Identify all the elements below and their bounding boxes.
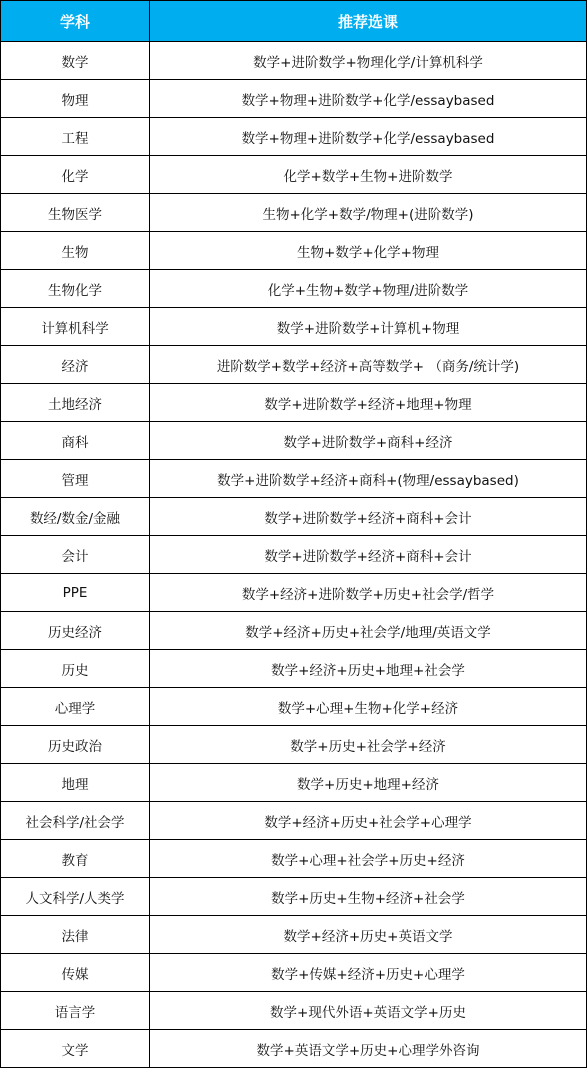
table-row: 会计数学+进阶数学+经济+商科+会计 [1,536,587,574]
table-row: 数学数学+进阶数学+物理化学/计算机科学 [1,42,587,80]
courses-cell: 数学+进阶数学+经济+商科+会计 [150,498,587,536]
table-row: 心理学数学+心理+生物+化学+经济 [1,688,587,726]
courses-cell: 数学+进阶数学+经济+地理+物理 [150,384,587,422]
courses-cell: 生物+化学+数学/物理+(进阶数学) [150,194,587,232]
courses-cell: 数学+心理+社会学+历史+经济 [150,840,587,878]
subject-cell: 生物医学 [1,194,150,232]
subject-cell: 历史政治 [1,726,150,764]
table-row: 商科数学+进阶数学+商科+经济 [1,422,587,460]
courses-cell: 数学+现代外语+英语文学+历史 [150,992,587,1030]
table-row: 人文科学/人类学数学+历史+生物+经济+社会学 [1,878,587,916]
subject-cell: 心理学 [1,688,150,726]
table-row: 管理数学+进阶数学+经济+商科+(物理/essaybased) [1,460,587,498]
table-row: 传媒数学+传媒+经济+历史+心理学 [1,954,587,992]
subject-cell: 商科 [1,422,150,460]
subject-cell: 生物 [1,232,150,270]
table-body: 数学数学+进阶数学+物理化学/计算机科学物理数学+物理+进阶数学+化学/essa… [1,42,587,1068]
table-row: 语言学数学+现代外语+英语文学+历史 [1,992,587,1030]
subject-cell: 文学 [1,1030,150,1068]
courses-cell: 数学+进阶数学+经济+商科+(物理/essaybased) [150,460,587,498]
table-row: 生物医学生物+化学+数学/物理+(进阶数学) [1,194,587,232]
table-row: 社会科学/社会学数学+经济+历史+社会学+心理学 [1,802,587,840]
table-row: 历史经济数学+经济+历史+社会学/地理/英语文学 [1,612,587,650]
table-row: 经济进阶数学+数学+经济+高等数学+ （商务/统计学) [1,346,587,384]
header-row: 学科 推荐选课 [1,1,587,42]
courses-cell: 数学+物理+进阶数学+化学/essaybased [150,80,587,118]
subject-cell: 化学 [1,156,150,194]
subject-cell: 土地经济 [1,384,150,422]
courses-cell: 进阶数学+数学+经济+高等数学+ （商务/统计学) [150,346,587,384]
courses-cell: 数学+进阶数学+物理化学/计算机科学 [150,42,587,80]
table-row: 化学化学+数学+生物+进阶数学 [1,156,587,194]
table-row: 地理数学+历史+地理+经济 [1,764,587,802]
subject-cell: 会计 [1,536,150,574]
table-row: 历史政治数学+历史+社会学+经济 [1,726,587,764]
courses-cell: 数学+进阶数学+经济+商科+会计 [150,536,587,574]
table-row: 教育数学+心理+社会学+历史+经济 [1,840,587,878]
table-row: 工程数学+物理+进阶数学+化学/essaybased [1,118,587,156]
table-row: 生物生物+数学+化学+物理 [1,232,587,270]
courses-cell: 化学+生物+数学+物理/进阶数学 [150,270,587,308]
subject-cell: 地理 [1,764,150,802]
header-recommended-courses: 推荐选课 [150,1,587,42]
subject-cell: 历史 [1,650,150,688]
courses-cell: 数学+进阶数学+商科+经济 [150,422,587,460]
subject-cell: 生物化学 [1,270,150,308]
table-row: 数经/数金/金融数学+进阶数学+经济+商科+会计 [1,498,587,536]
courses-cell: 数学+经济+历史+英语文学 [150,916,587,954]
table-row: 物理数学+物理+进阶数学+化学/essaybased [1,80,587,118]
courses-cell: 数学+经济+进阶数学+历史+社会学/哲学 [150,574,587,612]
courses-cell: 数学+物理+进阶数学+化学/essaybased [150,118,587,156]
subject-cell: 社会科学/社会学 [1,802,150,840]
subject-cell: 法律 [1,916,150,954]
table-row: 土地经济数学+进阶数学+经济+地理+物理 [1,384,587,422]
courses-cell: 数学+经济+历史+社会学+心理学 [150,802,587,840]
subject-cell: 历史经济 [1,612,150,650]
table-row: 文学数学+英语文学+历史+心理学外咨询 [1,1030,587,1068]
subject-cell: 语言学 [1,992,150,1030]
table-header: 学科 推荐选课 [1,1,587,42]
course-recommendation-table: 学科 推荐选课 数学数学+进阶数学+物理化学/计算机科学物理数学+物理+进阶数学… [0,0,587,1068]
subject-cell: 人文科学/人类学 [1,878,150,916]
courses-cell: 生物+数学+化学+物理 [150,232,587,270]
courses-cell: 数学+历史+社会学+经济 [150,726,587,764]
table-row: 计算机科学数学+进阶数学+计算机+物理 [1,308,587,346]
subject-cell: 数经/数金/金融 [1,498,150,536]
subject-cell: 教育 [1,840,150,878]
table-row: PPE数学+经济+进阶数学+历史+社会学/哲学 [1,574,587,612]
table-row: 法律数学+经济+历史+英语文学 [1,916,587,954]
header-subject: 学科 [1,1,150,42]
subject-cell: 物理 [1,80,150,118]
subject-cell: 数学 [1,42,150,80]
subject-cell: 工程 [1,118,150,156]
courses-cell: 数学+历史+地理+经济 [150,764,587,802]
subject-cell: 管理 [1,460,150,498]
table-row: 历史数学+经济+历史+地理+社会学 [1,650,587,688]
subject-cell: PPE [1,574,150,612]
table-row: 生物化学化学+生物+数学+物理/进阶数学 [1,270,587,308]
subject-cell: 计算机科学 [1,308,150,346]
subject-cell: 传媒 [1,954,150,992]
courses-cell: 数学+历史+生物+经济+社会学 [150,878,587,916]
courses-cell: 数学+心理+生物+化学+经济 [150,688,587,726]
courses-cell: 数学+进阶数学+计算机+物理 [150,308,587,346]
courses-cell: 数学+英语文学+历史+心理学外咨询 [150,1030,587,1068]
courses-cell: 数学+传媒+经济+历史+心理学 [150,954,587,992]
courses-cell: 数学+经济+历史+地理+社会学 [150,650,587,688]
courses-cell: 化学+数学+生物+进阶数学 [150,156,587,194]
courses-cell: 数学+经济+历史+社会学/地理/英语文学 [150,612,587,650]
subject-cell: 经济 [1,346,150,384]
